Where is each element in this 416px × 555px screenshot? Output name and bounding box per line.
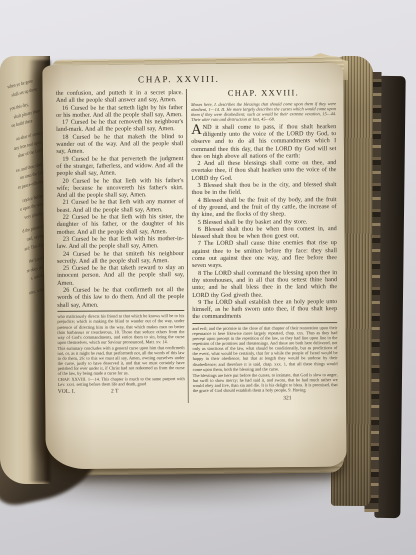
section-rule: [57, 310, 184, 312]
verse-paragraph: 26 Cursed be he that confirmeth not all …: [57, 286, 184, 309]
commentary-paragraph: who maliciously directs his friend to th…: [57, 313, 184, 344]
commentary-paragraph: and evil; and the promise in the close o…: [192, 325, 337, 371]
book-photo: when ye be goneshall set up theseyou thi…: [0, 0, 416, 555]
drop-cap: A: [191, 124, 202, 137]
verse-paragraph: 4 Blessed shall be the fruit of thy body…: [192, 196, 337, 219]
verse-paragraph: 25 Cursed be he that taketh reward to sl…: [57, 264, 184, 287]
verse-paragraph: 22 Cursed be he that lieth with his sist…: [57, 213, 184, 236]
chapter-argument: Moses here, I. describes the blessings t…: [191, 101, 336, 122]
commentary-list: and evil; and the promise in the close o…: [192, 325, 337, 393]
running-header: CHAP. XXVIII.: [56, 73, 302, 86]
verse-paragraph: 3 Blessed shalt thou be in the city, and…: [191, 181, 336, 196]
verse-paragraph: 2 And all these blessings shall come on …: [191, 159, 336, 182]
chapter-note: CHAP. XXVIII. 1—14. This chapter is much…: [58, 376, 185, 387]
scripture-column-right: CHAP. XXVIII. Moses here, I. describes t…: [191, 88, 338, 403]
verse-paragraph-first: AND it shall come to pass, if thou shalt…: [191, 123, 336, 160]
page-content: CHAP. XXVIII. the confusion, and putteth…: [56, 72, 338, 466]
two-column-layout: the confusion, and putteth it in a secre…: [56, 88, 338, 404]
verse-paragraph: 24 Cursed be he that smiteth his neighbo…: [57, 250, 184, 265]
verse-paragraph: 16 Cursed be he that setteth light by hi…: [56, 104, 183, 119]
commentary-paragraph: This summary concludes with a general cu…: [57, 345, 184, 376]
verse-paragraph: 9 The LORD shall establish thee an holy …: [192, 298, 337, 321]
page-number: 321: [193, 395, 338, 403]
verse-paragraph: 8 The LORD shall command the blessing up…: [192, 269, 337, 299]
volume-label: VOL. I.: [58, 389, 75, 396]
verse-text: ND it shall come to pass, if thou shalt …: [191, 123, 336, 160]
book-page: CHAP. XXVIII. the confusion, and putteth…: [42, 63, 347, 470]
verse-list: the confusion, and putteth it in a secre…: [56, 89, 184, 309]
verse-paragraph: 19 Cursed be he that perverteth the judg…: [56, 155, 183, 178]
verse-paragraph: the confusion, and putteth it in a secre…: [56, 89, 183, 104]
commentary-list: who maliciously directs his friend to th…: [57, 313, 184, 375]
column-divider-rule: [186, 89, 189, 403]
verse-paragraph: 21 Cursed be he that lieth with any mann…: [57, 199, 184, 214]
section-rule: [192, 322, 337, 324]
verse-paragraph: 18 Cursed be he that maketh the blind to…: [56, 133, 183, 156]
verse-paragraph: 23 Cursed be he that lieth with his moth…: [57, 235, 184, 250]
scripture-column-left: the confusion, and putteth it in a secre…: [56, 89, 185, 404]
chapter-heading: CHAP. XXVIII.: [191, 88, 336, 99]
verse-paragraph: 20 Cursed be he that lieth with his fath…: [56, 177, 183, 200]
verse-paragraph: 17 Cursed be he that removeth his neighb…: [56, 118, 183, 133]
verse-paragraph: 7 The LORD shall cause thine enemies tha…: [192, 240, 337, 270]
commentary-paragraph: The blessings are here put before the cu…: [193, 372, 338, 393]
verse-list: 2 And all these blessings shall come on …: [191, 159, 337, 320]
page-footer: VOL. I. 2 T: [58, 388, 185, 396]
signature-mark: 2 T: [111, 389, 118, 396]
verse-paragraph: 6 Blessed shalt thou be when thou comest…: [192, 225, 337, 240]
